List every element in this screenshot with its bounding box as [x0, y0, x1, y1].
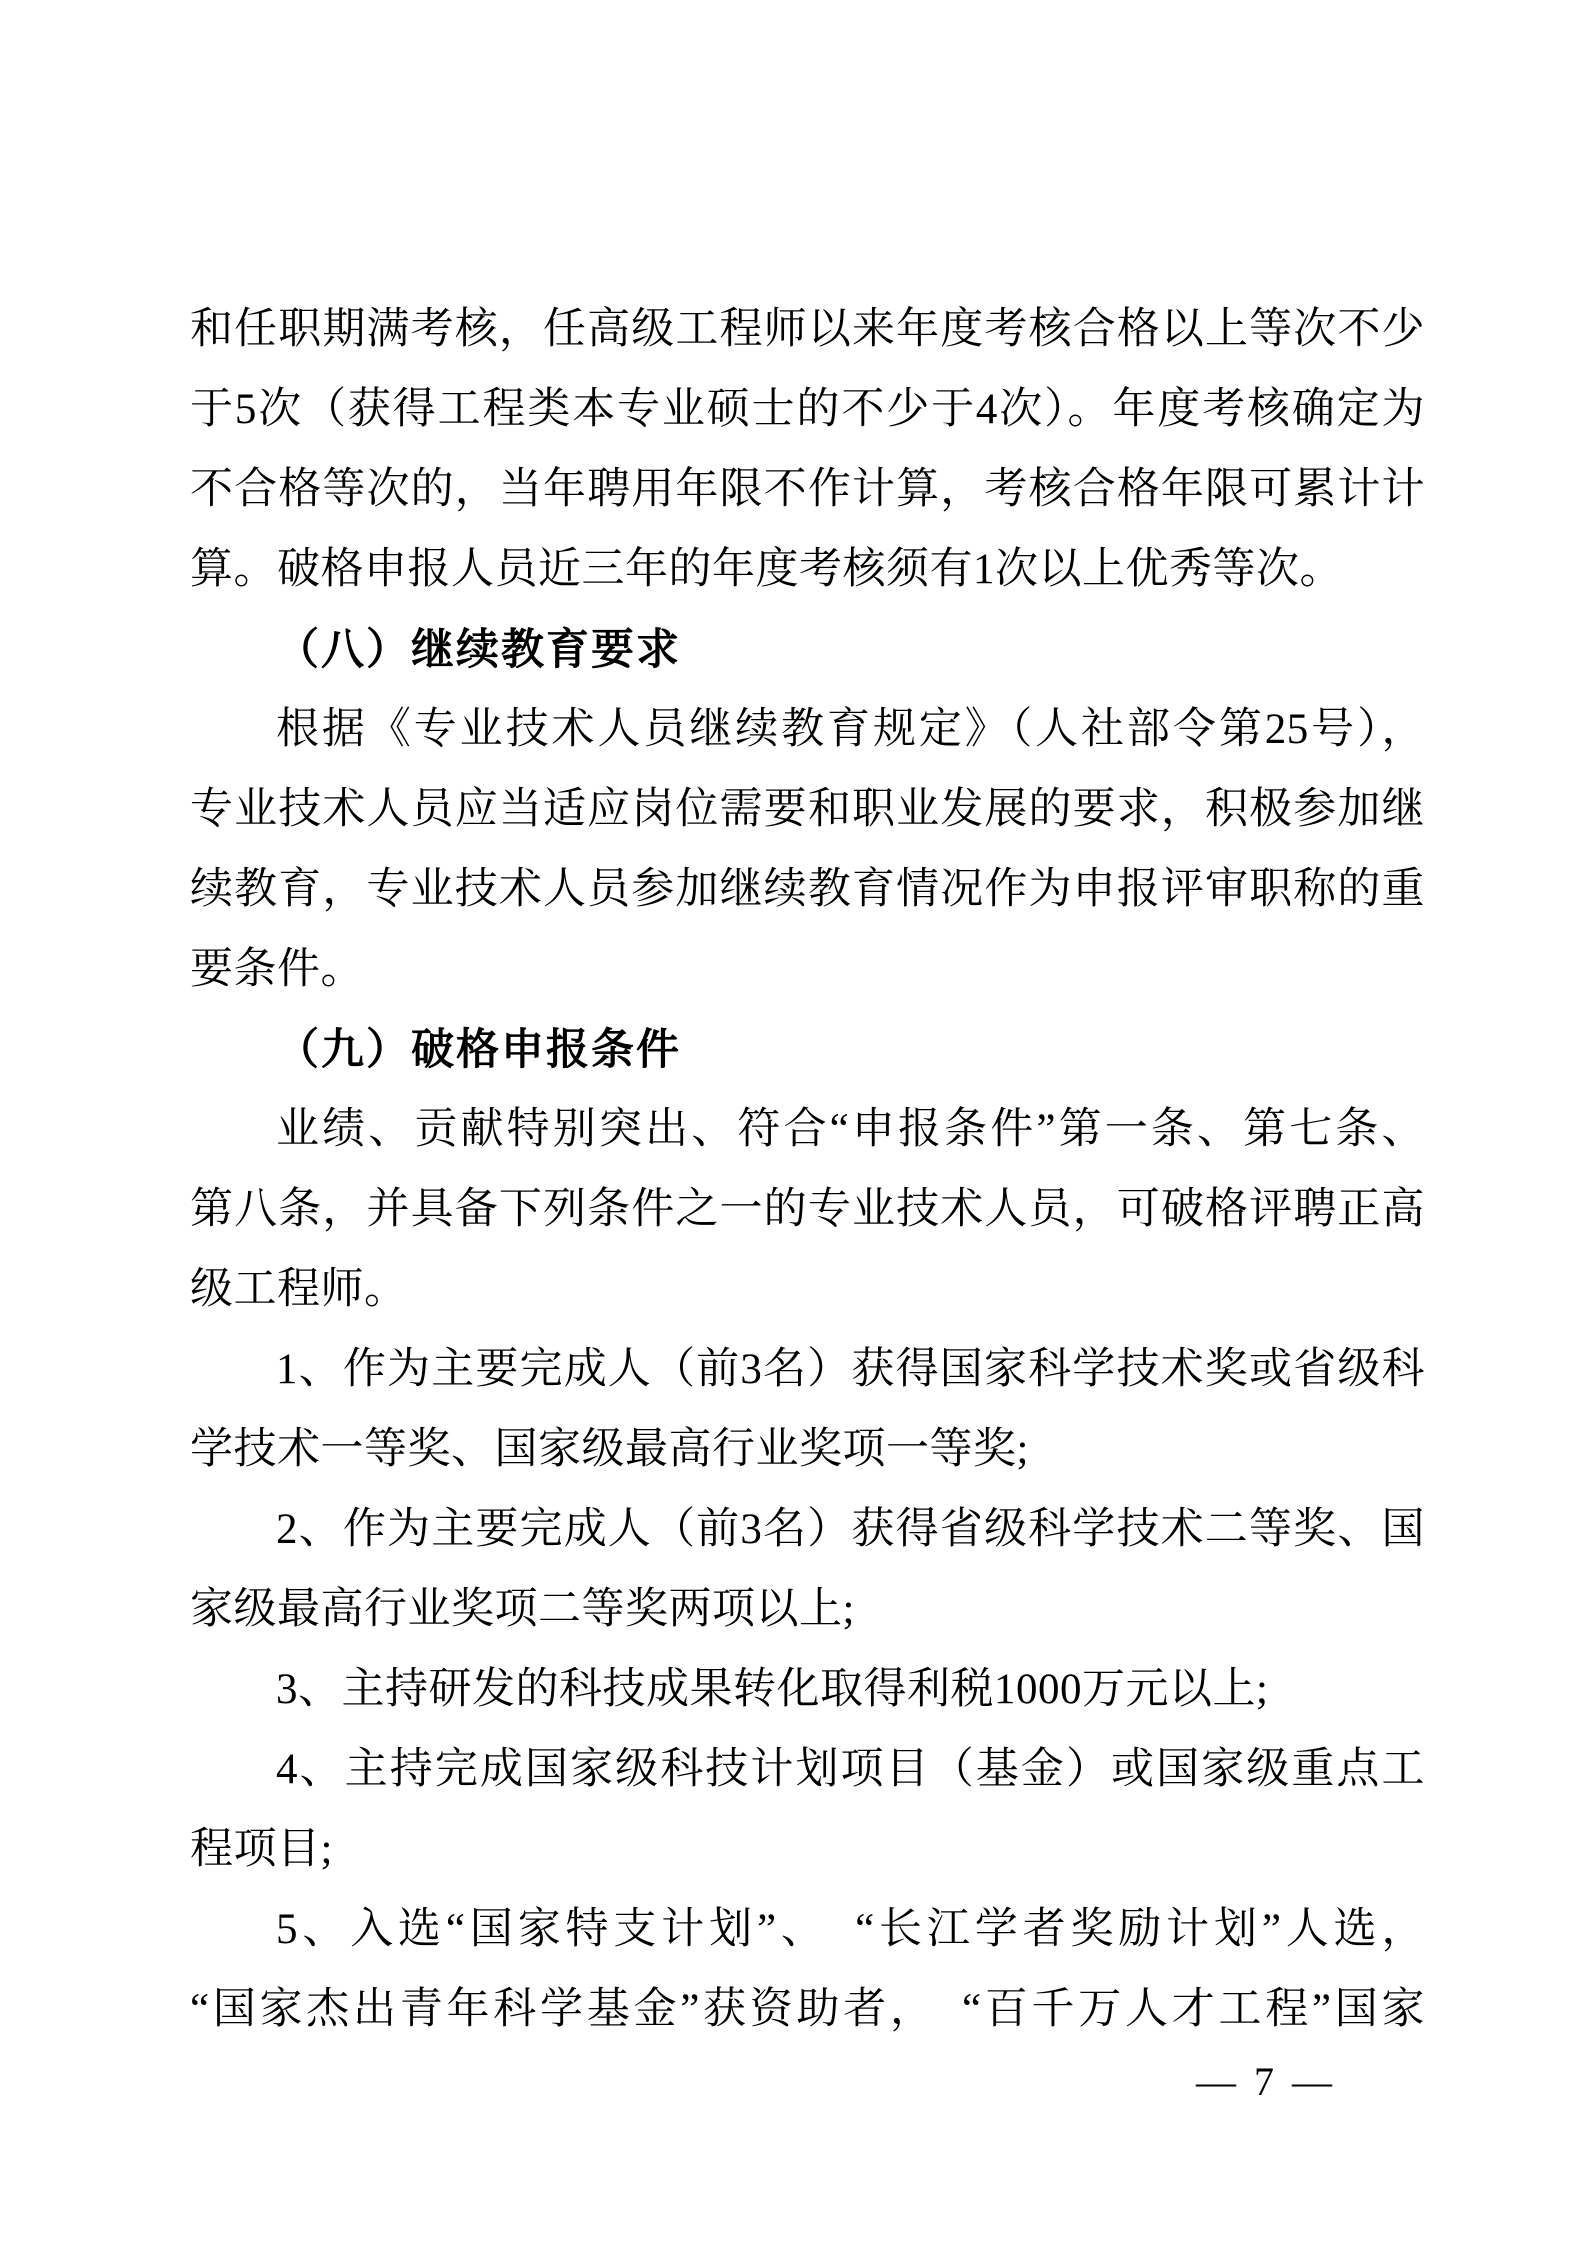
text-line: 级工程师。 — [190, 1250, 1425, 1330]
text-line: “国家杰出青年科学基金”获资助者， “百千万人才工程”国家 — [190, 1970, 1425, 2050]
text-line: 程项目; — [190, 1810, 1425, 1890]
text-line: 和任职期满考核，任高级工程师以来年度考核合格以上等次不少 — [190, 290, 1425, 370]
text-line: 1、作为主要完成人（前3名）获得国家科学技术奖或省级科 — [190, 1330, 1425, 1410]
page-number: — 7 — — [1196, 2042, 1336, 2122]
text-line: 于5次（获得工程类本专业硕士的不少于4次）。年度考核确定为 — [190, 370, 1425, 450]
text-line: 3、主持研发的科技成果转化取得利税1000万元以上; — [190, 1650, 1425, 1730]
text-line: 算。破格申报人员近三年的年度考核须有1次以上优秀等次。 — [190, 530, 1425, 610]
text-line: 2、作为主要完成人（前3名）获得省级科学技术二等奖、国 — [190, 1490, 1425, 1570]
text-line: 业绩、贡献特别突出、符合“申报条件”第一条、第七条、 — [190, 1090, 1425, 1170]
text-line: 要条件。 — [190, 930, 1425, 1010]
document-page: 和任职期满考核，任高级工程师以来年度考核合格以上等次不少于5次（获得工程类本专业… — [0, 0, 1587, 2245]
text-line: 家级最高行业奖项二等奖两项以上; — [190, 1570, 1425, 1650]
section-heading: （九）破格申报条件 — [190, 1010, 1425, 1090]
text-line: 第八条，并具备下列条件之一的专业技术人员，可破格评聘正高 — [190, 1170, 1425, 1250]
text-line: 不合格等次的，当年聘用年限不作计算，考核合格年限可累计计 — [190, 450, 1425, 530]
text-line: 学技术一等奖、国家级最高行业奖项一等奖; — [190, 1410, 1425, 1490]
text-line: 4、主持完成国家级科技计划项目（基金）或国家级重点工 — [190, 1730, 1425, 1810]
text-line: 根据《专业技术人员继续教育规定》（人社部令第25号）， — [190, 690, 1425, 770]
document-body: 和任职期满考核，任高级工程师以来年度考核合格以上等次不少于5次（获得工程类本专业… — [190, 290, 1425, 2050]
text-line: 专业技术人员应当适应岗位需要和职业发展的要求，积极参加继 — [190, 770, 1425, 850]
text-line: 5、入选“国家特支计划”、 “长江学者奖励计划”人选， — [190, 1890, 1425, 1970]
section-heading: （八）继续教育要求 — [190, 610, 1425, 690]
text-line: 续教育，专业技术人员参加继续教育情况作为申报评审职称的重 — [190, 850, 1425, 930]
